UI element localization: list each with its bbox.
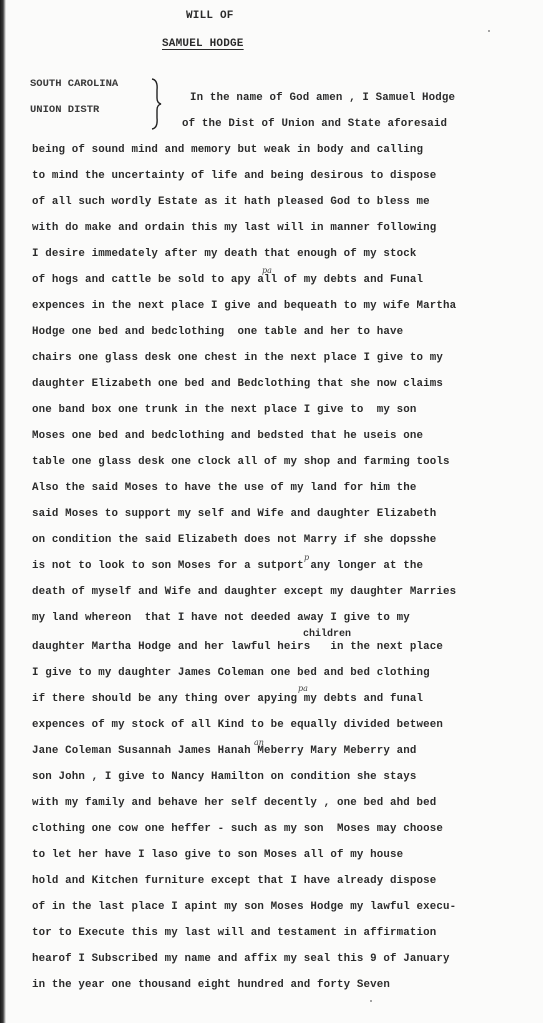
handwritten-correction: pa bbox=[298, 684, 308, 693]
text-line: on condition the said Elizabeth does not… bbox=[32, 534, 436, 546]
text-line: table one glass desk one clock all of my… bbox=[32, 456, 450, 468]
text-line: tor to Execute this my last will and tes… bbox=[32, 927, 436, 939]
text-line: my land whereon that I have not deeded a… bbox=[32, 612, 410, 624]
handwritten-correction: pa bbox=[262, 266, 272, 275]
text-line: In the name of God amen , I Samuel Hodge bbox=[190, 92, 455, 104]
text-line: Moses one bed and bedclothing and bedste… bbox=[32, 430, 423, 442]
text-line: hold and Kitchen furniture except that I… bbox=[32, 875, 436, 887]
text-line: to let her have I laso give to son Moses… bbox=[32, 849, 403, 861]
text-line: with do make and ordain this my last wil… bbox=[32, 222, 436, 234]
text-line: Also the said Moses to have the use of m… bbox=[32, 482, 417, 494]
text-line: expences in the next place I give and be… bbox=[32, 300, 456, 312]
document-title: WILL OF bbox=[186, 10, 543, 22]
text-line: of hogs and cattle be sold to apy all of… bbox=[32, 274, 423, 286]
text-line: I desire immedately after my death that … bbox=[32, 248, 417, 260]
text-line: death of myself and Wife and daughter ex… bbox=[32, 586, 456, 598]
text-line: if there should be any thing over apying… bbox=[32, 693, 423, 705]
brace-icon bbox=[150, 78, 162, 130]
text-line: one band box one trunk in the next place… bbox=[32, 404, 417, 416]
handwritten-correction: p bbox=[304, 553, 309, 562]
text-line: chairs one glass desk one chest in the n… bbox=[32, 352, 443, 364]
caption-district: UNION DISTR bbox=[30, 104, 99, 116]
text-line: is not to look to son Moses for a sutpor… bbox=[32, 560, 423, 572]
text-line: in the year one thousand eight hundred a… bbox=[32, 979, 390, 991]
text-line: said Moses to support my self and Wife a… bbox=[32, 508, 436, 520]
caption-state: SOUTH CAROLINA bbox=[30, 78, 118, 90]
text-line: daughter Elizabeth one bed and Bedclothi… bbox=[32, 378, 443, 390]
text-line: son John , I give to Nancy Hamilton on c… bbox=[32, 771, 417, 783]
text-line: to mind the uncertainty of life and bein… bbox=[32, 170, 436, 182]
document-subtitle: SAMUEL HODGE bbox=[162, 38, 543, 50]
text-line: of the Dist of Union and State aforesaid bbox=[182, 118, 447, 130]
text-line: of in the last place I apint my son Mose… bbox=[32, 901, 456, 913]
text-line: hearof I Subscribed my name and affix my… bbox=[32, 953, 450, 965]
handwritten-correction: an bbox=[254, 738, 264, 747]
text-line: I give to my daughter James Coleman one … bbox=[32, 667, 430, 679]
scan-speck bbox=[488, 30, 490, 32]
scan-speck bbox=[370, 1000, 372, 1002]
text-line: Hodge one bed and bedclothing one table … bbox=[32, 326, 403, 338]
text-line: daughter Martha Hodge and her lawful hei… bbox=[32, 641, 443, 653]
text-line: clothing one cow one heffer - such as my… bbox=[32, 823, 443, 835]
inserted-word: children bbox=[303, 629, 351, 640]
text-line: expences of my stock of all Kind to be e… bbox=[32, 719, 443, 731]
text-line: being of sound mind and memory but weak … bbox=[32, 144, 423, 156]
text-line: of all such wordly Estate as it hath ple… bbox=[32, 196, 430, 208]
text-line: with my family and behave her self decen… bbox=[32, 797, 436, 809]
text-line: Jane Coleman Susannah James Hanah Meberr… bbox=[32, 745, 417, 757]
document-page: WILL OF SAMUEL HODGE SOUTH CAROLINA UNIO… bbox=[0, 0, 543, 1023]
